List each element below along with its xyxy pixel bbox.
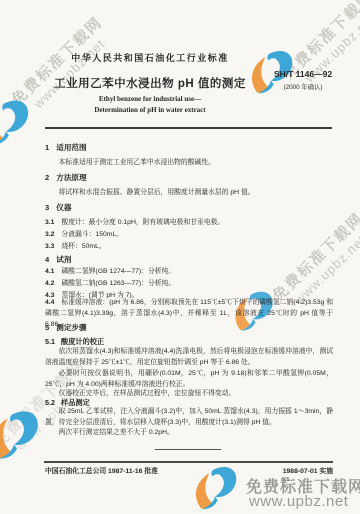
implementation-line: 1988-07-01 实施 [283, 465, 333, 475]
title-english-line2: Determination of pH in water extract [45, 106, 255, 114]
section-title: 仪器 [56, 203, 71, 212]
section-heading-2: 2方法原理 [45, 172, 333, 183]
clause-number: 3.3 [45, 243, 54, 250]
clause-number: 4.1 [45, 268, 54, 275]
clause-text: 烧杯：50mL。 [61, 243, 105, 250]
end-rule [155, 449, 221, 450]
section-heading-5: 5测定步骤 [45, 322, 333, 333]
clause-text: 磷酸二氢钾(GB 1274—77)：分析纯。 [61, 268, 175, 275]
section-title: 方法原理 [56, 173, 86, 182]
section-heading-4: 4试剂 [45, 254, 333, 265]
section-title: 适用范围 [56, 143, 86, 152]
clause-text: 酸度计：最小分度 0.1pH，附有玻璃电极和甘汞电极。 [61, 219, 224, 226]
clause-number: 4.2 [45, 280, 54, 287]
section-heading-3: 3仪器 [45, 202, 333, 213]
clause-number: 4.4 [45, 299, 54, 306]
clause-4-2: 4.2磷酸氢二钠(GB 1263—77)：分析纯。 [45, 278, 333, 289]
section-number: 2 [45, 173, 49, 182]
page-number: 665 [281, 477, 289, 483]
approval-line: 中国石油化工总公司 1987-11-16 批准 [45, 465, 158, 475]
standard-org-line: 中华人民共和国石油化工行业标准 [45, 51, 255, 64]
confirm-note: (2000 年确认) [268, 82, 338, 91]
clause-title: 酸度计的校正 [61, 337, 104, 346]
clause-text: 磷酸氢二钠(GB 1263—77)：分析纯。 [61, 280, 175, 287]
clause-number: 5.1 [45, 337, 55, 346]
clause-3-2: 3.2分液漏斗：150mL。 [45, 229, 333, 240]
header-rule [45, 127, 332, 129]
section-number: 1 [45, 143, 49, 152]
section-heading-1: 1适用范围 [45, 142, 333, 153]
scanned-standard-page: 免费标准下载网 www.upbz.net 免费标准下载网 www.upbz.ne… [0, 0, 360, 514]
para-5-2-2: 两次平行测定结果之差不大于 0.2pH。 [45, 427, 333, 438]
clause-3-1: 3.1酸度计：最小分度 0.1pH，附有玻璃电极和甘汞电极。 [45, 217, 333, 228]
para-5-2-1: 取 25mL 乙苯试样，注入分液漏斗(3.2)中，加入 50mL 蒸馏水(4.3… [45, 406, 333, 428]
clause-number: 3.2 [45, 231, 54, 238]
standard-number: SH/T 1146—92 [268, 69, 338, 79]
section-number: 4 [45, 255, 49, 264]
clause-4-1: 4.1磷酸二氢钾(GB 1274—77)：分析纯。 [45, 266, 333, 277]
clause-3-3: 3.3烧杯：50mL。 [45, 241, 333, 252]
para-5-1-1: 依次用蒸馏水(4.3)和标准缓冲溶液(4.4)洗涤电极，然后将电极浸泡在标准缓冲… [45, 346, 333, 368]
clause-number: 3.1 [45, 219, 54, 226]
footer-rule [44, 461, 333, 463]
para-5-1-2: 必要时可按仪器说明书，用硼砂(0.01M，25℃，pH 为 9.18)和邻苯二甲… [45, 368, 333, 390]
clause-text: 分液漏斗：150mL。 [61, 231, 123, 238]
section-number: 3 [45, 203, 49, 212]
section-title: 测定步骤 [56, 323, 86, 332]
section-1-body: 本标准适用于测定工业用乙苯中水浸出物的酸碱性。 [45, 157, 333, 168]
page-title: 工业用乙苯中水浸出物 pH 值的测定 [45, 75, 255, 91]
section-2-body: 将试样和水混合振摇、静置分层后，用酸度计测量水层的 pH 值。 [45, 187, 333, 198]
document-content: 中华人民共和国石油化工行业标准 SH/T 1146—92 (2000 年确认) … [0, 0, 360, 514]
section-title: 试剂 [56, 255, 71, 264]
section-number: 5 [45, 323, 49, 332]
title-english-line1: Ethyl benzene for industrial use— [45, 95, 255, 103]
